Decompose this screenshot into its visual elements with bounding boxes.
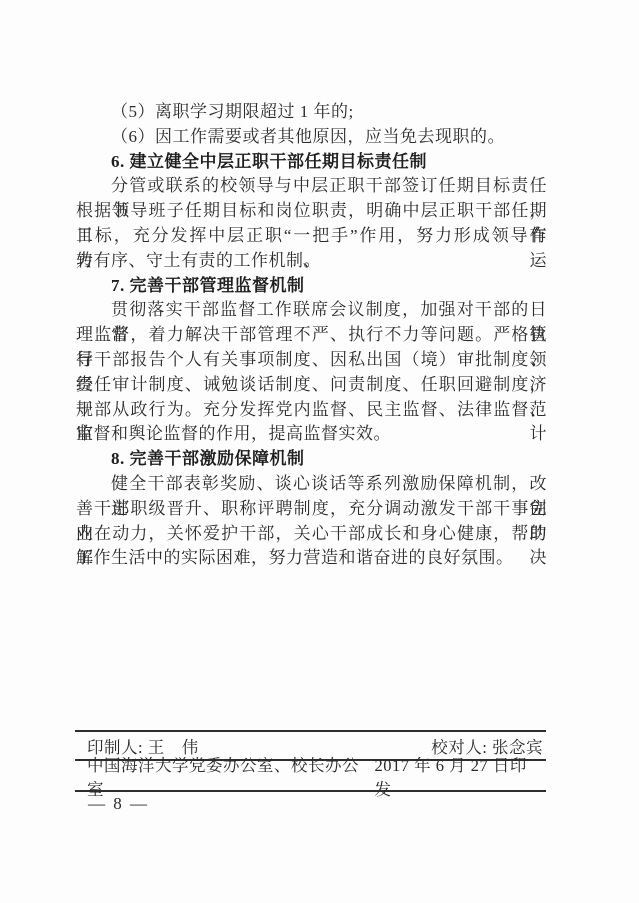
body-line: 干部从政行为。充分发挥党内监督、民主监督、法律监督、审计 [76,398,547,423]
colophon-table: 印制人: 王 伟 校对人: 张念宾 中国海洋大学党委办公室、校长办公室 2017… [75,730,546,792]
heading-line: 6. 建立健全中层正职干部任期目标责任制 [76,150,547,175]
body-line: 善干部职级晋升、职称评聘制度，充分调动激发干部干事创业的 [76,497,547,522]
body-line: 健全干部表彰奖励、谈心谈话等系列激励保障机制，改进完 [76,472,547,497]
issue-date-label: 2017 年 6 月 27 日印发 [375,752,544,800]
document-body: （5）离职学习期限超过 1 年的;（6）因工作需要或者其他原因，应当免去现职的。… [76,100,547,571]
body-line: 贯彻落实干部监督工作联席会议制度，加强对干部的日常管 [76,298,547,323]
page-number: — 8 — [88,794,149,814]
body-line: 内在动力，关怀爱护干部，关心干部成长和身心健康，帮助解决 [76,522,547,547]
body-line: 导干部报告个人有关事项制度、因私出国（境）审批制度、经济 [76,348,547,373]
document-page: （5）离职学习期限超过 1 年的;（6）因工作需要或者其他原因，应当免去现职的。… [0,0,639,903]
body-line: 根据领导班子任期目标和岗位职责，明确中层正职干部任期工作 [76,199,547,224]
heading-line: 7. 完善干部管理监督机制 [76,274,547,299]
body-line: 分管或联系的校领导与中层正职干部签订任期目标责任书， [76,174,547,199]
body-line: （6）因工作需要或者其他原因，应当免去现职的。 [76,125,547,150]
heading-line: 8. 完善干部激励保障机制 [76,447,547,472]
body-line: 理监督，着力解决干部管理不严、执行不力等问题。严格执行领 [76,323,547,348]
body-line: （5）离职学习期限超过 1 年的; [76,100,547,125]
colophon-row-issue: 中国海洋大学党委办公室、校长办公室 2017 年 6 月 27 日印发 [75,759,546,790]
issuer-label: 中国海洋大学党委办公室、校长办公室 [87,752,375,800]
body-line: 目标，充分发挥中层正职“一把手”作用，努力形成领导有力、运 [76,224,547,249]
body-line: 责任审计制度、诫勉谈话制度、问责制度、任职回避制度，规范 [76,373,547,398]
body-line: 工作生活中的实际困难，努力营造和谐奋进的良好氛围。 [76,546,547,571]
